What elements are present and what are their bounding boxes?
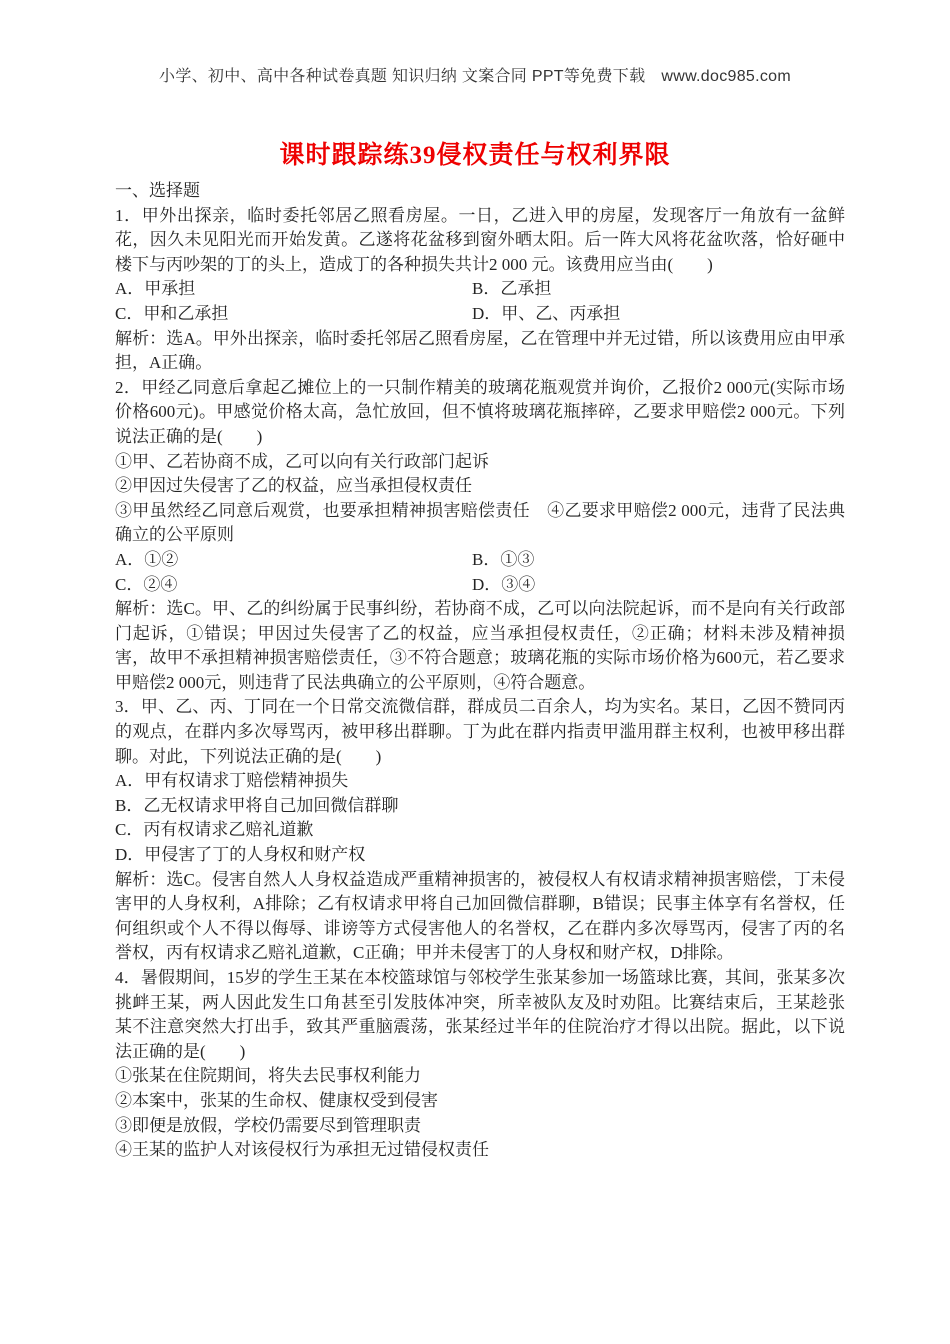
statement-line: ②本案中，张某的生命权、健康权受到侵害: [115, 1089, 845, 1114]
document-body: 一、选择题 1．甲外出探亲，临时委托邻居乙照看房屋。一日，乙进入甲的房屋，发现客…: [115, 179, 845, 1163]
header-promo-text: 小学、初中、高中各种试卷真题 知识归纳 文案合同 PPT等免费下载: [159, 68, 645, 85]
option-row: A．甲承担B．乙承担: [115, 277, 845, 302]
option-row: A．①②B．①③: [115, 548, 845, 573]
statement-line: ③即便是放假，学校仍需要尽到管理职责: [115, 1114, 845, 1139]
option-line: B．乙无权请求甲将自己加回微信群聊: [115, 794, 845, 819]
analysis-text: 解析：选C。侵害自然人人身权益造成严重精神损害的，被侵权人有权请求精神损害赔偿，…: [115, 868, 845, 966]
document-page: 小学、初中、高中各种试卷真题 知识归纳 文案合同 PPT等免费下载www.doc…: [0, 0, 950, 1344]
question-stem: 1．甲外出探亲，临时委托邻居乙照看房屋。一日，乙进入甲的房屋，发现客厅一角放有一…: [115, 204, 845, 278]
option-line: D．甲侵害了丁的人身权和财产权: [115, 843, 845, 868]
statement-line: ④王某的监护人对该侵权行为承担无过错侵权责任: [115, 1138, 845, 1163]
question-stem: 2．甲经乙同意后拿起乙摊位上的一只制作精美的玻璃花瓶观赏并询价，乙报价2 000…: [115, 376, 845, 450]
question-stem: 3．甲、乙、丙、丁同在一个日常交流微信群，群成员二百余人，均为实名。某日，乙因不…: [115, 695, 845, 769]
analysis-text: 解析：选A。甲外出探亲，临时委托邻居乙照看房屋，乙在管理中并无过错，所以该费用应…: [115, 327, 845, 376]
option-row: C．甲和乙承担D．甲、乙、丙承担: [115, 302, 845, 327]
question-block: 3．甲、乙、丙、丁同在一个日常交流微信群，群成员二百余人，均为实名。某日，乙因不…: [115, 695, 845, 966]
header-site-url: www.doc985.com: [661, 68, 791, 85]
option-cell: A．①②: [115, 548, 472, 573]
option-cell: D．甲、乙、丙承担: [472, 302, 845, 327]
option-cell: B．乙承担: [472, 277, 845, 302]
question-stem: 4．暑假期间，15岁的学生王某在本校篮球馆与邻校学生张某参加一场篮球比赛，其间，…: [115, 966, 845, 1064]
page-title: 课时跟踪练39侵权责任与权利界限: [0, 140, 950, 172]
question-block: 4．暑假期间，15岁的学生王某在本校篮球馆与邻校学生张某参加一场篮球比赛，其间，…: [115, 966, 845, 1163]
questions-container: 1．甲外出探亲，临时委托邻居乙照看房屋。一日，乙进入甲的房屋，发现客厅一角放有一…: [115, 204, 845, 1163]
statement-line: ①甲、乙若协商不成，乙可以向有关行政部门起诉: [115, 450, 845, 475]
option-cell: C．②④: [115, 573, 472, 598]
option-cell: A．甲承担: [115, 277, 472, 302]
analysis-text: 解析：选C。甲、乙的纠纷属于民事纠纷，若协商不成，乙可以向法院起诉，而不是向有关…: [115, 597, 845, 695]
question-block: 1．甲外出探亲，临时委托邻居乙照看房屋。一日，乙进入甲的房屋，发现客厅一角放有一…: [115, 204, 845, 376]
statement-line: ③甲虽然经乙同意后观赏，也要承担精神损害赔偿责任 ④乙要求甲赔偿2 000元，违…: [115, 499, 845, 548]
option-cell: C．甲和乙承担: [115, 302, 472, 327]
option-cell: B．①③: [472, 548, 845, 573]
option-row: C．②④D．③④: [115, 573, 845, 598]
question-block: 2．甲经乙同意后拿起乙摊位上的一只制作精美的玻璃花瓶观赏并询价，乙报价2 000…: [115, 376, 845, 696]
site-header: 小学、初中、高中各种试卷真题 知识归纳 文案合同 PPT等免费下载www.doc…: [0, 63, 950, 86]
statement-line: ②甲因过失侵害了乙的权益，应当承担侵权责任: [115, 474, 845, 499]
section-heading: 一、选择题: [115, 179, 845, 204]
option-cell: D．③④: [472, 573, 845, 598]
statement-line: ①张某在住院期间，将失去民事权利能力: [115, 1064, 845, 1089]
option-line: C．丙有权请求乙赔礼道歉: [115, 818, 845, 843]
option-line: A．甲有权请求丁赔偿精神损失: [115, 769, 845, 794]
